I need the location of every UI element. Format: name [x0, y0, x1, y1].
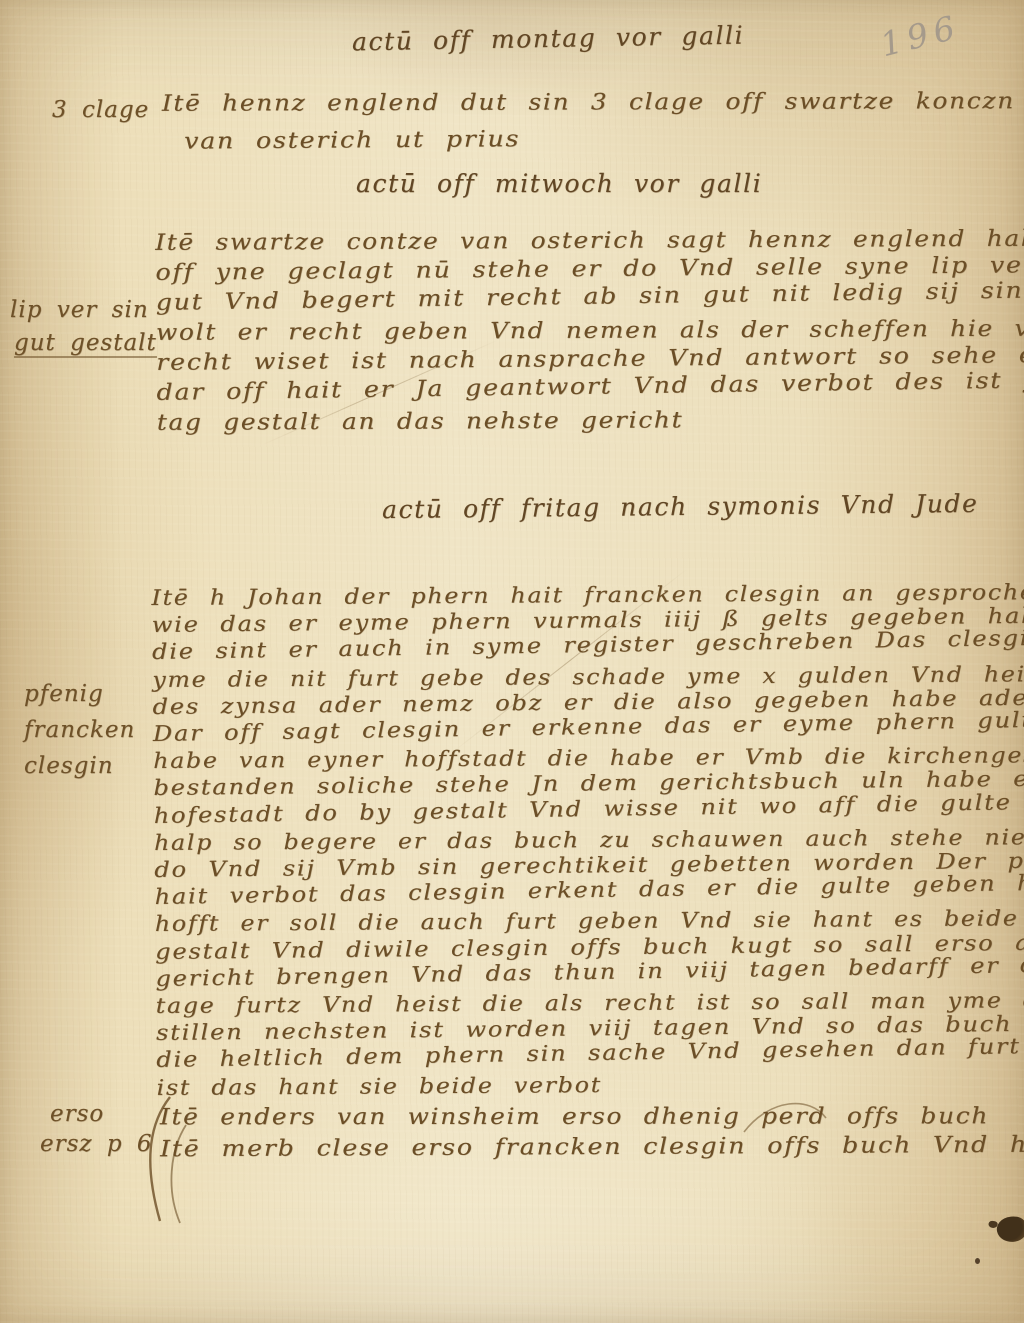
margin-note-line: clesgin — [24, 748, 135, 784]
text-line: tag gestalt an das nehste gericht — [157, 403, 1024, 438]
margin-note-gut-gestalt: gut gestalt — [14, 330, 157, 358]
section2-paragraph: Itē swartze contze van osterich sagt hen… — [155, 220, 1024, 438]
section2-heading: actū off mitwoch vor galli — [356, 169, 762, 198]
section1-paragraph: Itē hennz englend dut sin 3 clage off sw… — [162, 79, 938, 160]
ink-speck — [975, 1258, 980, 1264]
page-number: 196 — [876, 7, 964, 64]
ink-blot — [995, 1213, 1024, 1245]
section3-heading: actū off fritag nach symonis Vnd Jude — [382, 489, 979, 524]
margin-note-line: pfenig — [24, 676, 135, 712]
text-line: Itē hennz englend dut sin 3 clage off sw… — [162, 82, 1015, 123]
manuscript-page: 196 actū off montag vor galli 3 clage It… — [0, 0, 1024, 1323]
margin-note-lip-ver-sin: lip ver sin — [10, 297, 149, 323]
section1-heading: actū off montag vor galli — [352, 21, 745, 57]
margin-note-francken-clesgin: pfenig francken clesgin — [24, 676, 135, 784]
section3-paragraph: Itē h Johan der phern hait francken cles… — [151, 575, 1024, 1102]
margin-note-3-clage: 3 clage — [52, 97, 149, 123]
section4-paragraph: Itē enders van winsheim erso dhenig perd… — [160, 1097, 1024, 1166]
margin-note-ersz-p6: ersz p 6 — [40, 1131, 153, 1157]
text-line: Itē enders van winsheim erso dhenig perd… — [160, 1100, 1024, 1133]
text-line: Itē merb clese erso francken clesgin off… — [160, 1128, 1024, 1165]
text-line: van osterich ut prius — [184, 117, 1024, 161]
margin-note-line: francken — [24, 712, 135, 748]
margin-note-erso: erso — [50, 1101, 104, 1127]
